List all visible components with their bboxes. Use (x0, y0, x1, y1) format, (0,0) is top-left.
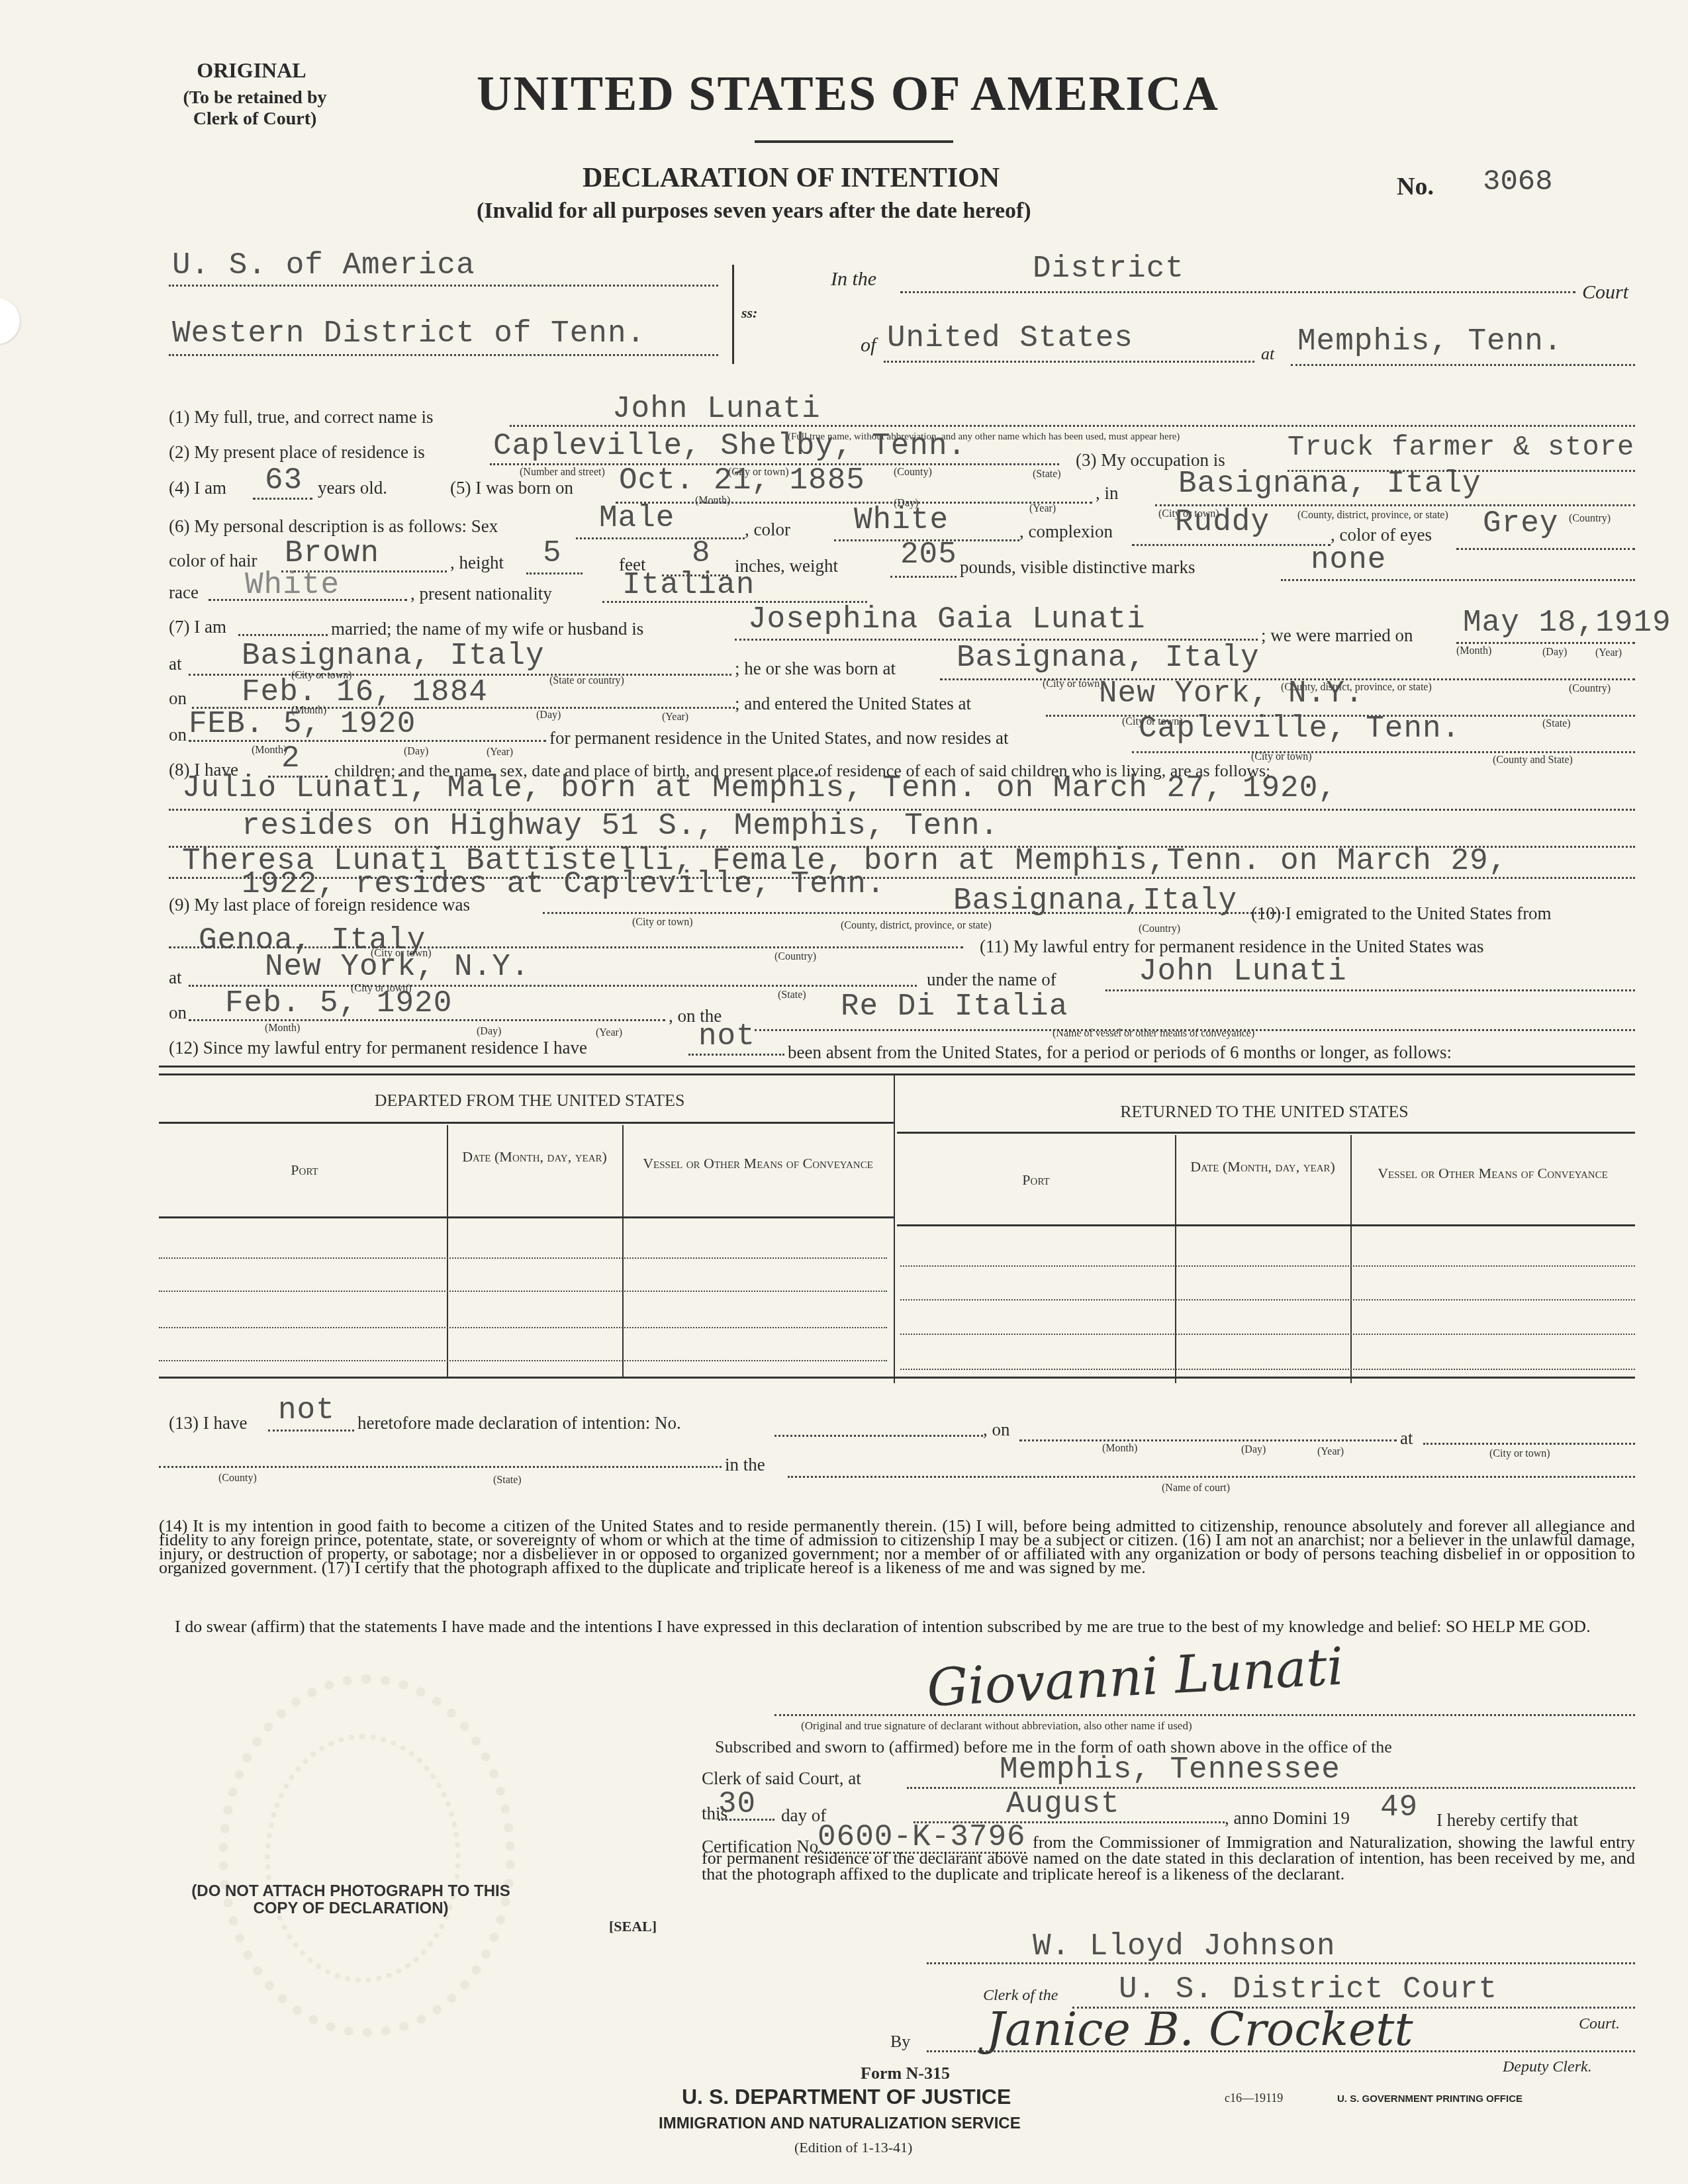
spouse-birth-caption-year: (Year) (662, 711, 688, 723)
spouse-entry-caption-day: (Day) (404, 746, 428, 758)
absent-line (688, 1054, 784, 1056)
prior-county-line (159, 1466, 722, 1468)
marriage-caption-year: (Year) (1595, 647, 1622, 659)
q1-label: (1) My full, true, and correct name is (169, 407, 434, 428)
retained-note: (To be retained by Clerk of Court) (159, 87, 351, 130)
residence: Capleville, Shelby, Tenn. (493, 429, 966, 463)
retained-note-line1: (To be retained by (159, 87, 351, 109)
absence-row[interactable] (900, 1369, 1635, 1370)
residence-caption-county: (County) (894, 467, 932, 478)
marriage-at-label: at (169, 654, 182, 674)
marriage-caption-month: (Month) (1456, 645, 1491, 657)
ret-col-date: Date (Month, day, year) (1178, 1158, 1347, 1175)
entry-place: New York, N.Y. (265, 950, 530, 984)
age-line (253, 498, 312, 500)
nationality-label: , present nationality (410, 584, 552, 604)
foreign-caption-county: (County, district, province, or state) (841, 920, 992, 932)
photo-note-line2: COPY OF DECLARATION) (152, 1900, 549, 1917)
spouse-entry-date-line (189, 740, 546, 742)
clerk-name-line (927, 1962, 1635, 1964)
spouse-entry-place: New York, N.Y. (1099, 676, 1364, 711)
prior-in-the-label: in the (725, 1455, 765, 1475)
dep-col-date: Date (Month, day, year) (450, 1148, 619, 1165)
spouse-bp-caption-country: (Country) (1569, 683, 1611, 695)
cert-text: from the Commissioner of Immigration and… (702, 1835, 1635, 1882)
title-divider (755, 140, 953, 143)
deputy-line (927, 2050, 1635, 2052)
court-at: Memphis, Tenn. (1297, 324, 1562, 359)
dep-col-div-1 (447, 1125, 448, 1377)
marriage-caption-day: (Day) (1542, 647, 1567, 659)
ret-col-port: Port (900, 1171, 1172, 1189)
emigrated-line (169, 946, 963, 948)
table-center-divider (894, 1075, 895, 1383)
prior-text: heretofore made declaration of intention… (357, 1413, 681, 1433)
departed-title: DEPARTED FROM THE UNITED STATES (165, 1091, 894, 1111)
q10-label: (10) I emigrated to the United States fr… (1251, 903, 1552, 924)
form-number: Form N-315 (861, 2064, 950, 2083)
returned-header-rule (897, 1132, 1635, 1134)
entry-on-label: on (169, 1003, 187, 1023)
spouse-entry-caption-state: (State) (1542, 718, 1571, 730)
entry-name: John Lunati (1139, 954, 1347, 989)
emigrated-caption-country: (Country) (774, 951, 816, 963)
distinctive-marks: none (1311, 543, 1386, 577)
court-of: United States (887, 321, 1133, 355)
married-line (238, 634, 328, 636)
prior-date-line (1019, 1439, 1397, 1441)
original-label: ORIGINAL (165, 58, 338, 83)
punch-hole (0, 298, 20, 344)
occupation: Truck farmer & store (1288, 432, 1634, 463)
edition: (Edition of 1-13-41) (794, 2139, 912, 2156)
complexion: Ruddy (1175, 505, 1270, 539)
prior-value-line (268, 1430, 354, 1432)
court-label: Court (1582, 281, 1628, 304)
complexion-line (1132, 544, 1331, 546)
prior-at-label: at (1400, 1428, 1413, 1449)
in-the-label: In the (831, 268, 876, 291)
spouse-bp-caption-city: (City or town) (1043, 678, 1103, 690)
q4-label: (4) I am (169, 478, 226, 498)
of-label: of (861, 334, 876, 357)
sworn-day: 30 (718, 1787, 756, 1821)
q13-label: (13) I have (169, 1413, 247, 1433)
absence-row[interactable] (900, 1265, 1635, 1267)
height-label: , height (450, 553, 504, 573)
photo-note: (DO NOT ATTACH PHOTOGRAPH TO THIS COPY O… (152, 1883, 549, 1917)
spouse-birth-caption-day: (Day) (536, 709, 561, 721)
oath-swear: I do swear (affirm) that the statements … (159, 1619, 1635, 1634)
prior-declaration-value: not (278, 1393, 335, 1428)
entry-date-caption-year: (Year) (596, 1027, 622, 1039)
print-code: c16—19119 (1225, 2091, 1283, 2105)
color: White (854, 503, 949, 537)
marks-line (1281, 579, 1635, 581)
birth-caption-year: (Year) (1029, 503, 1056, 515)
ret-col-div-2 (1350, 1135, 1352, 1383)
court-type-line (900, 291, 1575, 293)
service: IMMIGRATION AND NATURALIZATION SERVICE (659, 2115, 1021, 2133)
weight: 205 (900, 537, 957, 572)
signature-line (774, 1714, 1635, 1716)
spouse-res-caption-county: (County and State) (1493, 754, 1573, 766)
document-subtitle: DECLARATION OF INTENTION (583, 162, 1000, 194)
child-line-2: resides on Highway 51 S., Memphis, Tenn. (242, 809, 999, 843)
prior-caption-city: (City or town) (1489, 1448, 1550, 1460)
deputy-label: Deputy Clerk. (1503, 2058, 1592, 2076)
q7-label: (7) I am (169, 617, 226, 637)
married-label: married; the name of my wife or husband … (331, 619, 643, 639)
court-suffix: Court. (1579, 2015, 1620, 2033)
court-type: District (1033, 251, 1184, 286)
birth-date: Oct. 21, 1885 (619, 463, 865, 498)
venue-district: Western District of Tenn. (172, 316, 645, 351)
spouse-on-label: on (169, 688, 187, 709)
married-on-label: ; we were married on (1261, 625, 1413, 646)
prior-caption-month: (Month) (1102, 1443, 1137, 1455)
absence-row[interactable] (159, 1360, 887, 1361)
full-name: John Lunati (612, 392, 821, 426)
sex: Male (599, 501, 675, 535)
entry-name-line (1105, 989, 1635, 991)
declaration-number: 3068 (1483, 165, 1553, 199)
entry-date-caption-day: (Day) (477, 1026, 501, 1038)
absence-row[interactable] (900, 1334, 1635, 1335)
q6-label: (6) My personal description is as follow… (169, 516, 498, 537)
entry-date-caption-month: (Month) (265, 1023, 300, 1034)
foreign-caption-city: (City or town) (632, 917, 693, 929)
dep-col-header-bottom (159, 1216, 894, 1218)
height-inches: 8 (692, 536, 711, 570)
spouse-born-label: ; he or she was born at (735, 659, 896, 679)
marriage-date-line (1456, 642, 1635, 644)
ret-col-div-1 (1175, 1135, 1176, 1383)
prior-caption-year: (Year) (1317, 1446, 1344, 1458)
child-line-1: Julio Lunati, Male, born at Memphis, Ten… (182, 771, 1337, 805)
at-label: at (1261, 344, 1274, 364)
sworn-year: 49 (1380, 1790, 1418, 1825)
bracket (728, 265, 734, 364)
absence-row[interactable] (159, 1291, 887, 1292)
table-bottom-rule (159, 1377, 1635, 1379)
court-at-line (1291, 364, 1635, 366)
signature-caption: (Original and true signature of declaran… (801, 1719, 1192, 1733)
sworn-day-line (718, 1819, 774, 1821)
declarant-signature: Giovanni Lunati (925, 1637, 1345, 1719)
under-name-label: under the name of (927, 970, 1056, 990)
court-of-line (884, 361, 1254, 363)
marriage-date: May 18,1919 (1463, 606, 1671, 640)
weight-line (890, 576, 957, 578)
sworn-place: Memphis, Tennessee (1000, 1752, 1340, 1787)
foreign-caption-country: (Country) (1139, 923, 1180, 935)
spouse-entry-date: FEB. 5, 1920 (189, 707, 416, 741)
photo-note-line1: (DO NOT ATTACH PHOTOGRAPH TO THIS (152, 1883, 549, 1900)
marriage-place: Basignana, Italy (242, 639, 545, 673)
number-label: No. (1397, 172, 1434, 201)
q9-label: (9) My last place of foreign residence w… (169, 895, 470, 915)
height-feet-line (526, 572, 583, 574)
spouse-entry-on-label: on (169, 725, 187, 745)
ret-col-vessel: Vessel or Other Means of Conveyance (1354, 1165, 1632, 1182)
prior-caption-county: (County) (218, 1473, 257, 1484)
seal-label: [SEAL] (609, 1918, 657, 1935)
height-feet: 5 (543, 536, 562, 570)
eyes: Grey (1483, 506, 1558, 541)
q2-label: (2) My present place of residence is (169, 442, 425, 463)
ret-col-header-bottom (897, 1224, 1635, 1226)
nationality: Italian (622, 568, 755, 602)
birth-caption-month: (Month) (695, 495, 730, 507)
certify-label: I hereby certify that (1436, 1810, 1578, 1831)
absent-text: been absent from the United States, for … (788, 1042, 1452, 1063)
table-top-rule-2 (159, 1073, 1635, 1075)
entered-label: ; and entered the United States at (735, 694, 971, 714)
q5-label: (5) I was born on (450, 478, 573, 498)
spouse-birth-date: Feb. 16, 1884 (242, 675, 488, 709)
page-title: UNITED STATES OF AMERICA (477, 66, 1219, 122)
embossed-seal-inner (265, 1734, 461, 1983)
residence-caption-street: (Number and street) (520, 467, 605, 478)
sex-line (576, 537, 745, 539)
vessel-caption: (Name of vessel or other means of convey… (1053, 1028, 1254, 1040)
birthplace-caption-county: (County, district, province, or state) (1297, 510, 1448, 522)
ss-label: ss: (741, 304, 757, 322)
dep-col-port: Port (165, 1161, 444, 1179)
years-old-label: years old. (318, 478, 387, 498)
departed-header-rule (159, 1122, 894, 1124)
dep-col-div-2 (622, 1125, 624, 1377)
by-label: By (890, 2032, 910, 2052)
entry-at-label: at (169, 968, 182, 988)
prior-on-label: , on (983, 1420, 1010, 1440)
color-label: , color (745, 520, 790, 540)
absent-value: not (698, 1019, 755, 1054)
pounds-label: pounds, visible distinctive marks (960, 557, 1195, 578)
returned-title: RETURNED TO THE UNITED STATES (900, 1102, 1628, 1122)
spouse-birthplace: Basignana, Italy (957, 641, 1260, 675)
birth-place: Basignana, Italy (1178, 467, 1481, 501)
q12-label: (12) Since my lawful entry for permanent… (169, 1038, 587, 1058)
eyes-line (1456, 548, 1635, 550)
spouse-entry-caption-year: (Year) (487, 747, 513, 758)
age: 63 (265, 463, 303, 498)
spouse-name: Josephina Gaia Lunati (748, 602, 1146, 637)
entry-caption-state: (State) (778, 989, 806, 1001)
prior-court-line (788, 1476, 1635, 1478)
table-top-rule-1 (159, 1066, 1635, 1068)
prior-at-line (1423, 1443, 1635, 1445)
full-name-line (510, 425, 1635, 427)
venue-district-line (169, 354, 718, 356)
permanent-label: for permanent residence in the United St… (549, 728, 1009, 749)
department: U. S. DEPARTMENT OF JUSTICE (682, 2085, 1011, 2109)
sworn-month: August (1006, 1787, 1120, 1821)
race: White (245, 568, 340, 602)
race-label: race (169, 582, 199, 603)
residence-caption-state: (State) (1033, 469, 1061, 480)
spouse-residence-line (1132, 751, 1635, 753)
dep-col-vessel: Vessel or Other Means of Conveyance (626, 1155, 890, 1172)
deputy-signature: Janice B. Crockett (986, 2002, 1413, 2056)
clerk-at-label: Clerk of said Court, at (702, 1768, 861, 1789)
complexion-label: , complexion (1019, 522, 1113, 542)
anno-label: , anno Domini 19 (1225, 1808, 1350, 1829)
foreign-residence: Basignana,Italy (953, 884, 1237, 918)
absence-row[interactable] (159, 1257, 887, 1259)
hair: Brown (285, 536, 379, 570)
clerk-name: W. Lloyd Johnson (1033, 1929, 1336, 1964)
absence-row[interactable] (900, 1299, 1635, 1300)
prior-caption-court: (Name of court) (1162, 1482, 1230, 1494)
prior-caption-state: (State) (493, 1475, 522, 1486)
prior-no-line (774, 1435, 983, 1437)
marriage-place-caption-state: (State or country) (549, 675, 624, 687)
in-label: , in (1096, 483, 1119, 504)
race-line (209, 599, 407, 601)
prior-caption-day: (Day) (1241, 1444, 1266, 1456)
invalid-note: (Invalid for all purposes seven years af… (477, 199, 1031, 224)
entry-date-line (189, 1019, 665, 1021)
retained-note-line2: Clerk of Court) (159, 109, 351, 130)
vessel: Re Di Italia (841, 989, 1068, 1024)
birthplace-caption-country: (Country) (1569, 513, 1611, 525)
spouse-residence: Capleville, Tenn. (1139, 711, 1460, 746)
entry-date: Feb. 5, 1920 (225, 986, 452, 1021)
venue-country: U. S. of America (172, 248, 475, 283)
hair-label: color of hair (169, 551, 257, 571)
absence-row[interactable] (159, 1327, 887, 1328)
venue-country-line (169, 285, 718, 287)
printer: U. S. GOVERNMENT PRINTING OFFICE (1337, 2093, 1523, 2105)
oath-paragraph: (14) It is my intention in good faith to… (159, 1519, 1635, 1574)
